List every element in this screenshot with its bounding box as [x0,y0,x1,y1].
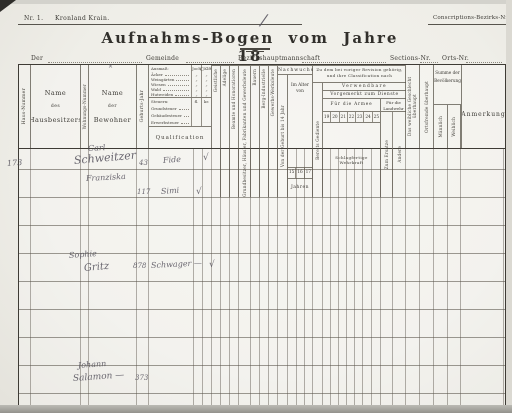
field-der: Der [31,55,43,62]
col-haus-nummer: Haus-Nummer [19,65,31,148]
handwriting-entry: / [260,10,268,30]
handwriting-entry: 43 [139,159,148,167]
col-geburts-jahr: Geburts-Jahr [137,65,149,148]
body-column [278,149,288,412]
body-column [288,149,297,412]
steuer-box: Steuern: fl. kr. Grundsteuer Gebäudesteu… [149,98,211,127]
field-gemeinde: Gemeinde [146,55,179,62]
body-column [297,149,305,412]
body-column [393,149,406,412]
scan-edge-right [506,0,512,413]
col-hausbesitzer: Name des Hausbesitzers [31,65,81,148]
fill-line [302,62,386,63]
summe-col: Männlich [434,105,448,148]
title-flourish-2 [246,51,264,52]
handwriting-entry: 173 [7,158,23,168]
body-column [203,149,212,412]
year-cell: 23 [356,112,364,122]
handwriting-entry: 117 [137,188,150,196]
body-column [19,149,31,412]
year-cell: 21 [340,112,348,122]
body-column [372,149,381,412]
body-column [31,149,81,412]
body-column [251,149,260,412]
col-wohnungs-nummer-label: Wohnungs-Nummer [82,84,87,129]
col-bewohner: Name der Bewohner [89,65,137,148]
bewohner-l3: Bewohner [94,116,131,124]
handwriting-entry: × [108,63,113,70]
hausbesitzer-l3: Hausbesitzers [31,116,81,124]
revision-header: Zu dem bei voriger Revision gehörig, und… [313,66,406,83]
besitz-rows: Äcker „ „ Weingärten „ „ Wiesen „ „ [149,72,211,97]
body-column [434,149,448,412]
scanned-census-form: Nr. 1. Kronland Krain. Conscriptions-Bez… [0,0,512,413]
body-column [305,149,313,412]
qualification-label: Qualification [149,127,211,148]
unit-kr: kr. [201,98,211,105]
armee-label: Für die Armee [323,99,380,111]
handwriting-entry: Gritz [84,261,110,274]
hausbesitzer-l2: des [51,104,60,109]
body-column [230,149,239,412]
body-column [355,149,363,412]
col-ortsfremde: Ortsfremde überhaupt [420,65,434,148]
summe-header: Summe der Bevölkerung [434,65,461,105]
summe-col: Weiblich [448,105,461,148]
year-cell: 24 [364,112,372,122]
col-haus-nummer-label: Haus-Nummer [22,88,28,124]
fill-line [420,62,438,63]
body-column [406,149,420,412]
body-column [339,149,347,412]
col-wohnungs-nummer: Wohnungs-Nummer [81,65,89,148]
year-cell: 22 [348,112,356,122]
armee-years: 19202122232425 [323,111,380,123]
body-column [420,149,434,412]
field-orts-nr: Orts-Nr. [442,55,469,62]
body-column [212,149,221,412]
body-column [381,149,393,412]
steuer-rows: Grundsteuer Gebäudesteuer Erwerbsteuer [149,105,211,126]
unit-klftr: □Klft. [201,65,211,72]
handwriting-entry: √ [203,153,209,163]
summe-cols: Männlich Weiblich [434,105,461,148]
scan-edge-top [0,0,512,4]
body-column [448,149,461,412]
steuer-title: Steuern: [149,99,191,104]
fill-line [466,62,502,63]
kronland-label: Kronland Krain. [55,15,110,22]
classification-group: Classification des männlichen Geschlecht… [212,65,406,148]
handwriting-entry: Simi [161,186,180,196]
summe-group: Summe der Bevölkerung Männlich Weiblich [434,65,462,148]
conscription-district-label: Conscriptions-Bezirks-Nr. [433,15,510,21]
fill-line [186,62,234,63]
besitz-box-header: Ausmaß: Joch □Klft. [149,65,211,72]
col-weibliches-geschlecht: Das weibliche Geschlecht überhaupt [406,65,420,148]
verwendbare-label: Verwendbare [323,83,406,91]
bewohner-l2: der [108,104,117,109]
vorgemerkt-label: Vorgemerkt zum Dienste [323,91,406,99]
body-column [331,149,339,412]
scan-edge-bottom [0,405,512,413]
body-column [269,149,278,412]
besitz-box: Ausmaß: Joch □Klft. Äcker „ „ Weingärten [149,65,211,98]
handwriting-entry: 878 [133,262,146,270]
landwehr-label: Für die Landwehr [381,99,406,111]
fill-line [48,62,142,63]
steuer-row: Grundsteuer [149,105,211,112]
body-column [313,149,323,412]
handwriting-entry: √ [196,187,202,197]
year-cell: 19 [323,112,331,122]
body-column [363,149,372,412]
unit-fl: fl. [191,98,201,105]
col-besitz-steuer-qualification: Ausmaß: Joch □Klft. Äcker „ „ Weingärten [149,65,212,148]
col-geburts-jahr-label: Geburts-Jahr [140,90,146,122]
body-column [323,149,331,412]
handwriting-entry: Fide [163,155,182,165]
hausbesitzer-l1: Name [45,89,67,97]
table-header: Haus-Nummer Name des Hausbesitzers Wohnu… [19,65,505,149]
year-cell: 25 [373,112,380,122]
body-column [221,149,230,412]
body-column [461,149,504,412]
field-bezirkshauptmannschaft: Bezirkshauptmannschaft [238,55,320,62]
col-anmerkung: Anmerkung [462,65,505,148]
klftr-ditto: „ [201,92,211,97]
steuer-box-header: Steuern: fl. kr. [149,98,211,105]
bewohner-l1: Name [102,89,124,97]
header-rule-right [428,24,506,25]
joch-ditto: „ [191,92,201,97]
steuer-row: Gebäudesteuer [149,112,211,119]
besitz-title: Ausmaß: [149,66,191,71]
handwriting-entry: √ [209,260,215,270]
handwriting-entry: 373 [135,374,148,382]
body-column [239,149,251,412]
field-sections-nr: Sections-Nr. [390,55,431,62]
nachwuchs-header: Nachwuchs [278,66,312,75]
title-flourish [240,48,270,50]
body-column [347,149,355,412]
body-column [260,149,269,412]
form-number: Nr. 1. [24,15,43,22]
besitz-row: Hutweiden „ „ [149,92,211,97]
year-cell: 20 [331,112,339,122]
steuer-row: Erwerbsteuer [149,119,211,126]
